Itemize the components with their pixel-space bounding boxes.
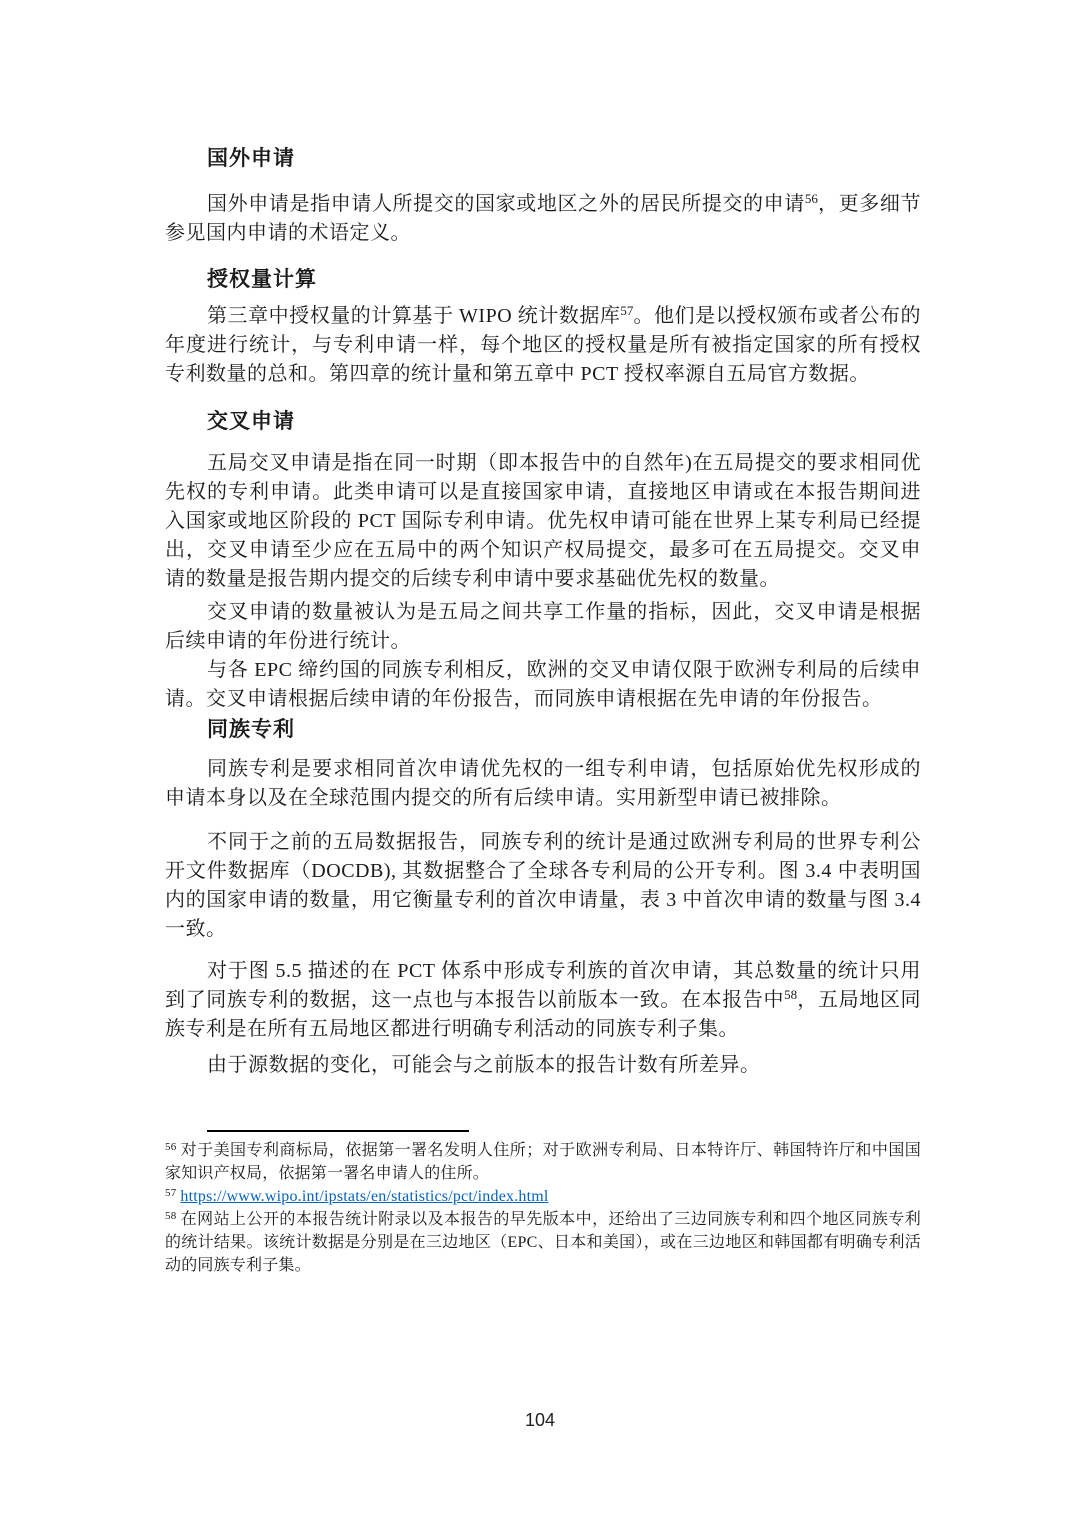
footnote-57-number: 57 <box>165 1187 176 1199</box>
footnote-57-link[interactable]: https://www.wipo.int/ipstats/en/statisti… <box>180 1188 548 1205</box>
footnotes: 56对于美国专利商标局，依据第一署名发明人住所；对于欧洲专利局、日本特许厅、韩国… <box>165 1139 921 1277</box>
paragraph-cross-filings-3: 与各 EPC 缔约国的同族专利相反，欧洲的交叉申请仅限于欧洲专利局的后续申请。交… <box>165 656 921 714</box>
footnote-separator <box>207 1130 469 1132</box>
paragraph-patent-families-4: 由于源数据的变化，可能会与之前版本的报告计数有所差异。 <box>165 1051 921 1080</box>
footnote-ref-57: 57 <box>620 303 633 318</box>
paragraph-cross-filings-2: 交叉申请的数量被认为是五局之间共享工作量的指标，因此，交叉申请是根据后续申请的年… <box>165 598 921 656</box>
footnote-57: 57https://www.wipo.int/ipstats/en/statis… <box>165 1185 921 1208</box>
footnote-56: 56对于美国专利商标局，依据第一署名发明人住所；对于欧洲专利局、日本特许厅、韩国… <box>165 1139 921 1185</box>
page-number: 104 <box>0 1410 1080 1431</box>
section-heading-grant-counting: 授权量计算 <box>207 264 921 294</box>
section-heading-foreign-applications: 国外申请 <box>207 143 921 173</box>
footnote-58: 58在网站上公开的本报告统计附录以及本报告的早先版本中，还给出了三边同族专利和四… <box>165 1208 921 1277</box>
footnote-58-number: 58 <box>165 1210 176 1222</box>
paragraph-grant-counting: 第三章中授权量的计算基于 WIPO 统计数据库57。他们是以授权颁布或者公布的年… <box>165 302 921 389</box>
text-run: 第三章中授权量的计算基于 WIPO 统计数据库 <box>207 305 620 327</box>
section-heading-patent-families: 同族专利 <box>207 714 921 744</box>
footnote-ref-56: 56 <box>805 191 818 206</box>
footnote-58-text: 在网站上公开的本报告统计附录以及本报告的早先版本中，还给出了三边同族专利和四个地… <box>165 1211 921 1274</box>
paragraph-foreign-applications: 国外申请是指申请人所提交的国家或地区之外的居民所提交的申请56，更多细节参见国内… <box>165 190 921 248</box>
paragraph-cross-filings-1: 五局交叉申请是指在同一时期（即本报告中的自然年)在五局提交的要求相同优先权的专利… <box>165 449 921 594</box>
paragraph-patent-families-3: 对于图 5.5 描述的在 PCT 体系中形成专利族的首次申请，其总数量的统计只用… <box>165 957 921 1044</box>
footnote-ref-58: 58 <box>784 987 797 1002</box>
document-page: { "page_number": "104", "colors": { "tex… <box>0 0 1080 1528</box>
paragraph-patent-families-1: 同族专利是要求相同首次申请优先权的一组专利申请，包括原始优先权形成的申请本身以及… <box>165 755 921 813</box>
footnote-56-text: 对于美国专利商标局，依据第一署名发明人住所；对于欧洲专利局、日本特许厅、韩国特许… <box>165 1142 921 1182</box>
page-content: 国外申请 国外申请是指申请人所提交的国家或地区之外的居民所提交的申请56，更多细… <box>165 0 921 1277</box>
footnote-56-number: 56 <box>165 1141 176 1153</box>
section-heading-cross-filings: 交叉申请 <box>207 406 921 436</box>
text-run: 国外申请是指申请人所提交的国家或地区之外的居民所提交的申请 <box>207 193 805 215</box>
paragraph-patent-families-2: 不同于之前的五局数据报告，同族专利的统计是通过欧洲专利局的世界专利公开文件数据库… <box>165 828 921 944</box>
